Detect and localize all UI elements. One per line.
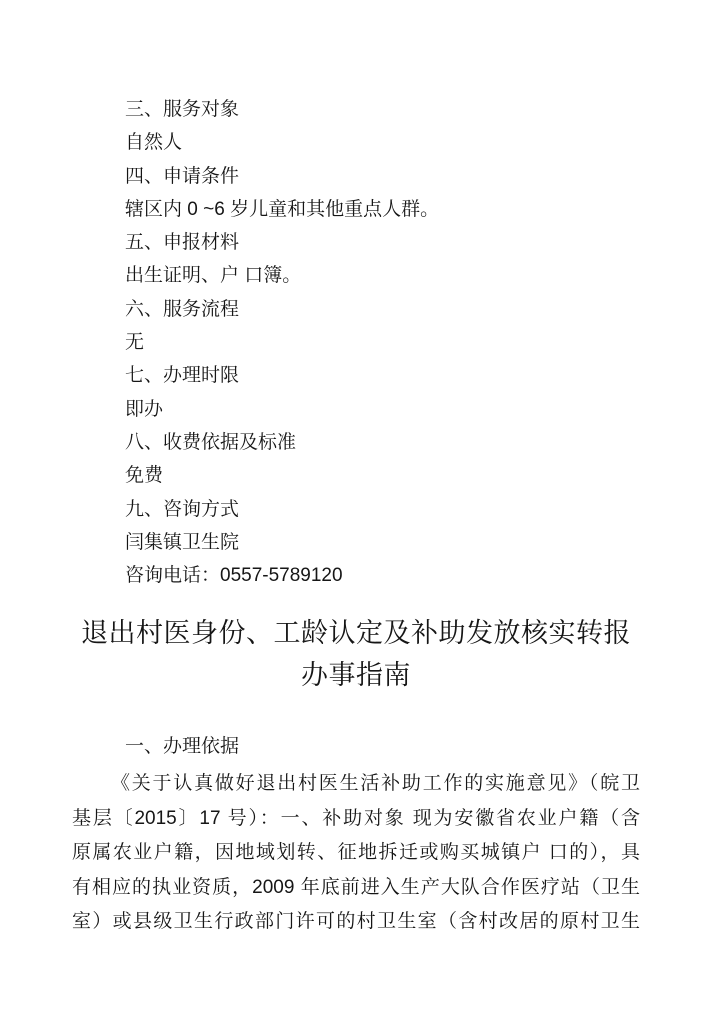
section-heading: 五、申报材料 — [72, 226, 640, 259]
section-service-target: 三、服务对象 自然人 — [72, 93, 640, 160]
section-content-line: 辖区内 0 ~6 岁儿童和其他重点人群。 — [72, 193, 640, 226]
basis-section-heading: 一、办理依据 — [72, 730, 640, 764]
section-processing-time: 七、办理时限 即办 — [72, 359, 640, 426]
section-content-line: 无 — [72, 326, 640, 359]
paragraph-line: 有相应的执业资质，2009 年底前进入生产大队合作医疗站（卫生 — [72, 871, 640, 905]
paragraph-line: 基层〔2015〕17 号）：一、补助对象 现为安徽省农业户籍（含 — [72, 802, 640, 836]
paragraph-line: 室）或县级卫生行政部门许可的村卫生室（含村改居的原村卫生 — [72, 905, 640, 939]
section-content-line: 免费 — [72, 459, 640, 492]
section-heading: 七、办理时限 — [72, 359, 640, 392]
section-content-line: 自然人 — [72, 126, 640, 159]
section-fee-standard: 八、收费依据及标准 免费 — [72, 426, 640, 493]
document-page: 三、服务对象 自然人 四、申请条件 辖区内 0 ~6 岁儿童和其他重点人群。 五… — [0, 0, 715, 1011]
section-heading: 六、服务流程 — [72, 293, 640, 326]
section-heading: 八、收费依据及标准 — [72, 426, 640, 459]
section-heading: 四、申请条件 — [72, 160, 640, 193]
section-content-line: 即办 — [72, 393, 640, 426]
section-content-line: 闫集镇卫生院 — [72, 526, 640, 559]
service-guide-sections: 三、服务对象 自然人 四、申请条件 辖区内 0 ~6 岁儿童和其他重点人群。 五… — [72, 93, 640, 592]
guide-title-line-1: 退出村医身份、工龄认定及补助发放核实转报 — [72, 612, 640, 654]
guide-title: 退出村医身份、工龄认定及补助发放核实转报 办事指南 — [72, 612, 640, 696]
consultation-phone-line: 咨询电话：0557-5789120 — [72, 559, 640, 592]
section-application-materials: 五、申报材料 出生证明、户 口簿。 — [72, 226, 640, 293]
paragraph-line: 《关于认真做好退出村医生活补助工作的实施意见》（皖卫 — [72, 767, 640, 801]
section-content-line: 出生证明、户 口簿。 — [72, 259, 640, 292]
section-consultation: 九、咨询方式 闫集镇卫生院 咨询电话：0557-5789120 — [72, 493, 640, 593]
guide-title-line-2: 办事指南 — [72, 654, 640, 696]
section-application-conditions: 四、申请条件 辖区内 0 ~6 岁儿童和其他重点人群。 — [72, 160, 640, 227]
section-heading: 九、咨询方式 — [72, 493, 640, 526]
basis-paragraph: 《关于认真做好退出村医生活补助工作的实施意见》（皖卫 基层〔2015〕17 号）… — [72, 767, 640, 939]
paragraph-line: 原属农业户籍，因地域划转、征地拆迁或购买城镇户 口的），具 — [72, 836, 640, 870]
section-heading: 三、服务对象 — [72, 93, 640, 126]
section-service-process: 六、服务流程 无 — [72, 293, 640, 360]
